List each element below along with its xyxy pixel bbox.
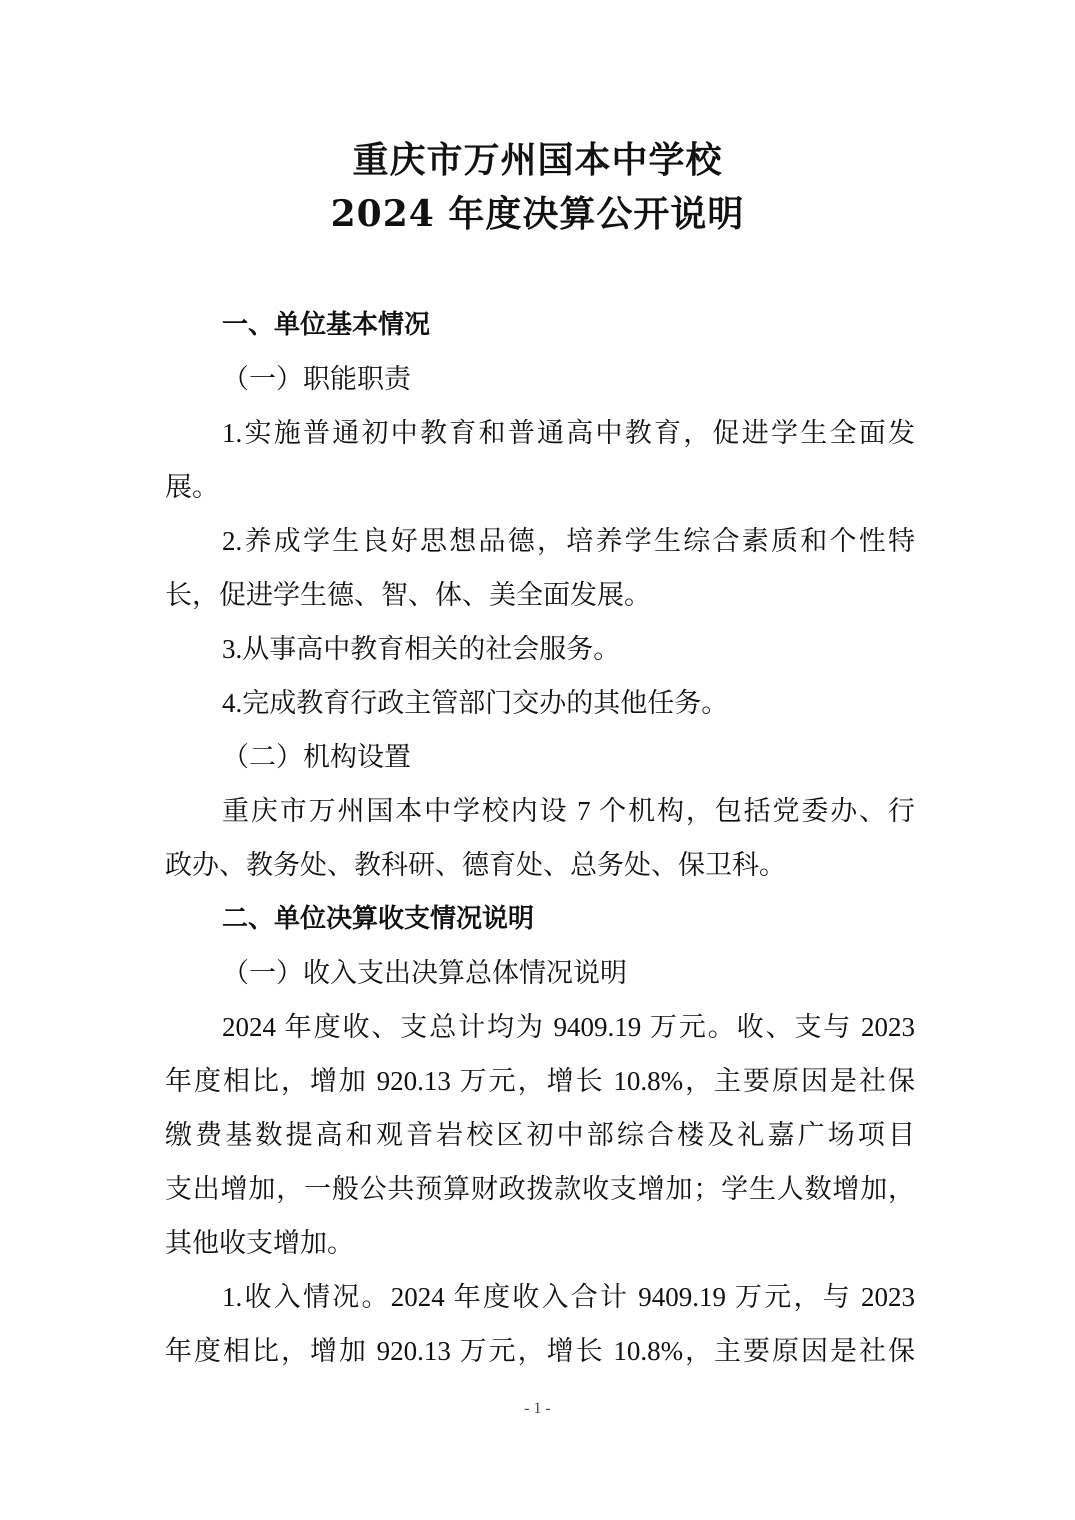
paragraph-line: 支出增加，一般公共预算财政拨款收支增加；学生人数增加， bbox=[165, 1169, 915, 1209]
document-title-line1: 重庆市万州国本中学校 bbox=[0, 136, 1075, 184]
paragraph-line: 缴费基数提高和观音岩校区初中部综合楼及礼嘉广场项目 bbox=[165, 1115, 915, 1155]
paragraph-line: 政办、教务处、教科研、德育处、总务处、保卫科。 bbox=[165, 845, 915, 885]
paragraph-line: 2.养成学生良好思想品德，培养学生综合素质和个性特 bbox=[222, 521, 915, 561]
subsection-heading-functions: （一）职能职责 bbox=[222, 359, 915, 399]
section-heading-budget: 二、单位决算收支情况说明 bbox=[222, 899, 915, 939]
section-heading-basic-info: 一、单位基本情况 bbox=[222, 305, 915, 345]
paragraph-line: 长，促进学生德、智、体、美全面发展。 bbox=[165, 575, 915, 615]
paragraph-line: 展。 bbox=[165, 467, 915, 507]
subsection-heading-overall: （一）收入支出决算总体情况说明 bbox=[222, 953, 915, 993]
paragraph-line: 1.收入情况。2024 年度收入合计 9409.19 万元，与 2023 bbox=[222, 1277, 915, 1317]
paragraph-line: 重庆市万州国本中学校内设 7 个机构，包括党委办、行 bbox=[222, 791, 915, 831]
paragraph-line: 1.实施普通初中教育和普通高中教育，促进学生全面发 bbox=[222, 413, 915, 453]
document-title-line2: 2024 年度决算公开说明 bbox=[0, 190, 1075, 238]
paragraph-line: 4.完成教育行政主管部门交办的其他任务。 bbox=[222, 683, 915, 723]
paragraph-line: 年度相比，增加 920.13 万元，增长 10.8%，主要原因是社保 bbox=[165, 1061, 915, 1101]
paragraph-line: 2024 年度收、支总计均为 9409.19 万元。收、支与 2023 bbox=[222, 1007, 915, 1047]
paragraph-line: 年度相比，增加 920.13 万元，增长 10.8%，主要原因是社保 bbox=[165, 1331, 915, 1371]
paragraph-line: 其他收支增加。 bbox=[165, 1223, 915, 1263]
subsection-heading-organization: （二）机构设置 bbox=[222, 737, 915, 777]
paragraph-line: 3.从事高中教育相关的社会服务。 bbox=[222, 629, 915, 669]
page-number: - 1 - bbox=[0, 1400, 1075, 1418]
document-page: 重庆市万州国本中学校 2024 年度决算公开说明 一、单位基本情况 （一）职能职… bbox=[0, 0, 1075, 1520]
